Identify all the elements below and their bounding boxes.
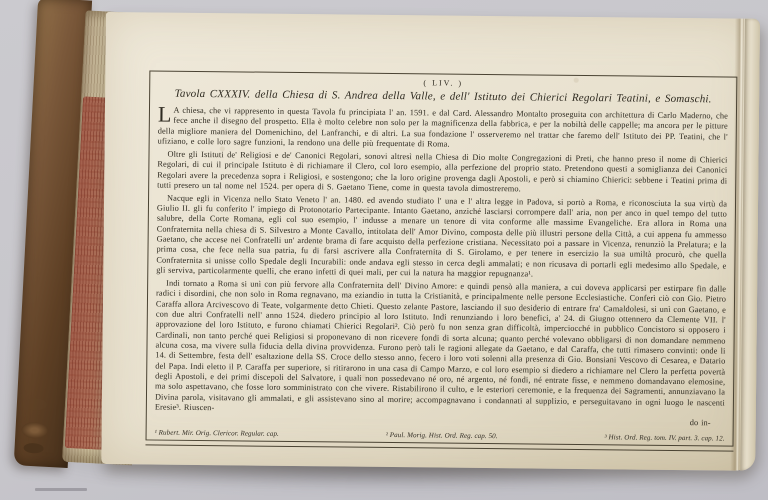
drop-cap: L (158, 106, 174, 124)
book-photo: ( LIV. ) Tavola CXXXIV. della Chiesa di … (0, 0, 768, 500)
copyright-microtext (35, 488, 87, 491)
footnote-3: ³ Hist. Ord. Reg. tom. IV. part. 3. cap.… (604, 433, 724, 442)
paragraph-4: Indi tornato a Roma si unì con più fervo… (155, 279, 726, 419)
footnote-1: ¹ Rubert. Mir. Orig. Clericor. Regular. … (155, 429, 279, 438)
paragraph-2: Oltre gli Istituti de' Religiosi e de' C… (157, 149, 727, 196)
paragraph-1: LA chiesa, che vi rappresento in questa … (158, 106, 728, 153)
paragraph-3: Nacque egli in Vicenza nello Stato Venet… (156, 193, 727, 282)
leather-clasp (21, 422, 48, 439)
paragraph-1-text: A chiesa, che vi rappresento in questa T… (158, 106, 728, 149)
book-page: ( LIV. ) Tavola CXXXIV. della Chiesa di … (101, 12, 760, 471)
body-text: LA chiesa, che vi rappresento in questa … (155, 106, 728, 430)
footnotes-row: ¹ Rubert. Mir. Orig. Clericor. Regular. … (155, 429, 725, 443)
plate-title: Tavola CXXXIV. della Chiesa di S. Andrea… (150, 87, 736, 105)
footnote-2: ² Paul. Morig. Hist. Ord. Reg. cap. 50. (386, 431, 498, 440)
printed-frame: ( LIV. ) Tavola CXXXIV. della Chiesa di … (146, 70, 738, 446)
